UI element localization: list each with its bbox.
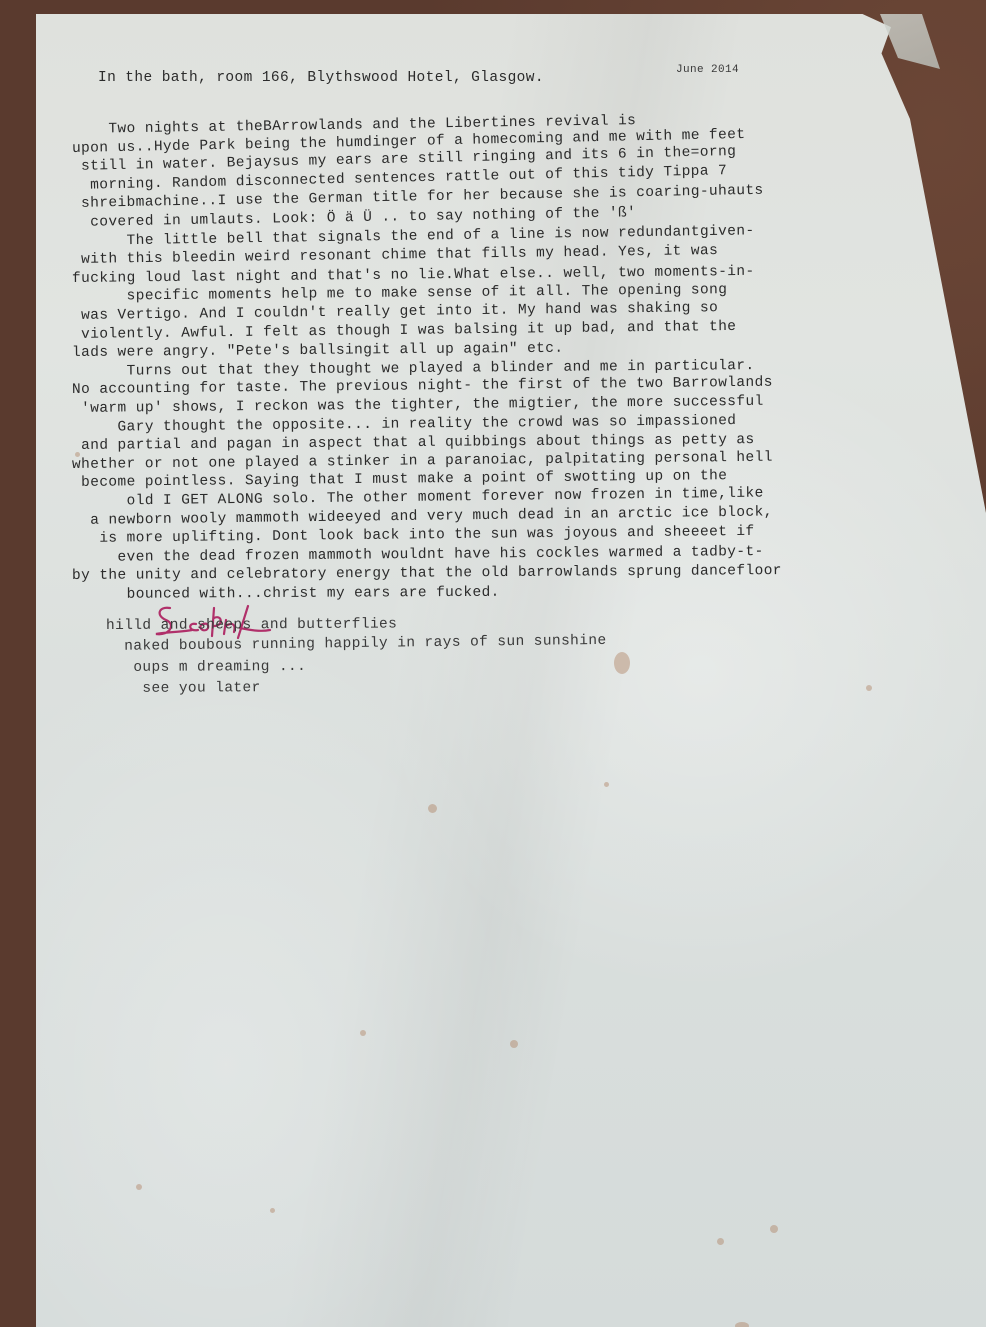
letter-date: June 2014 [676, 64, 739, 76]
postscript-line: see you later [106, 680, 261, 697]
postscript-line: hilld and sheeps and butterflies [106, 616, 397, 634]
letter-line: bounced with...christ my ears are fucked… [72, 585, 500, 603]
folded-corner [880, 14, 940, 69]
postscript-line: oups m dreaming ... [106, 659, 306, 676]
letter-header: In the bath, room 166, Blythswood Hotel,… [98, 70, 544, 86]
